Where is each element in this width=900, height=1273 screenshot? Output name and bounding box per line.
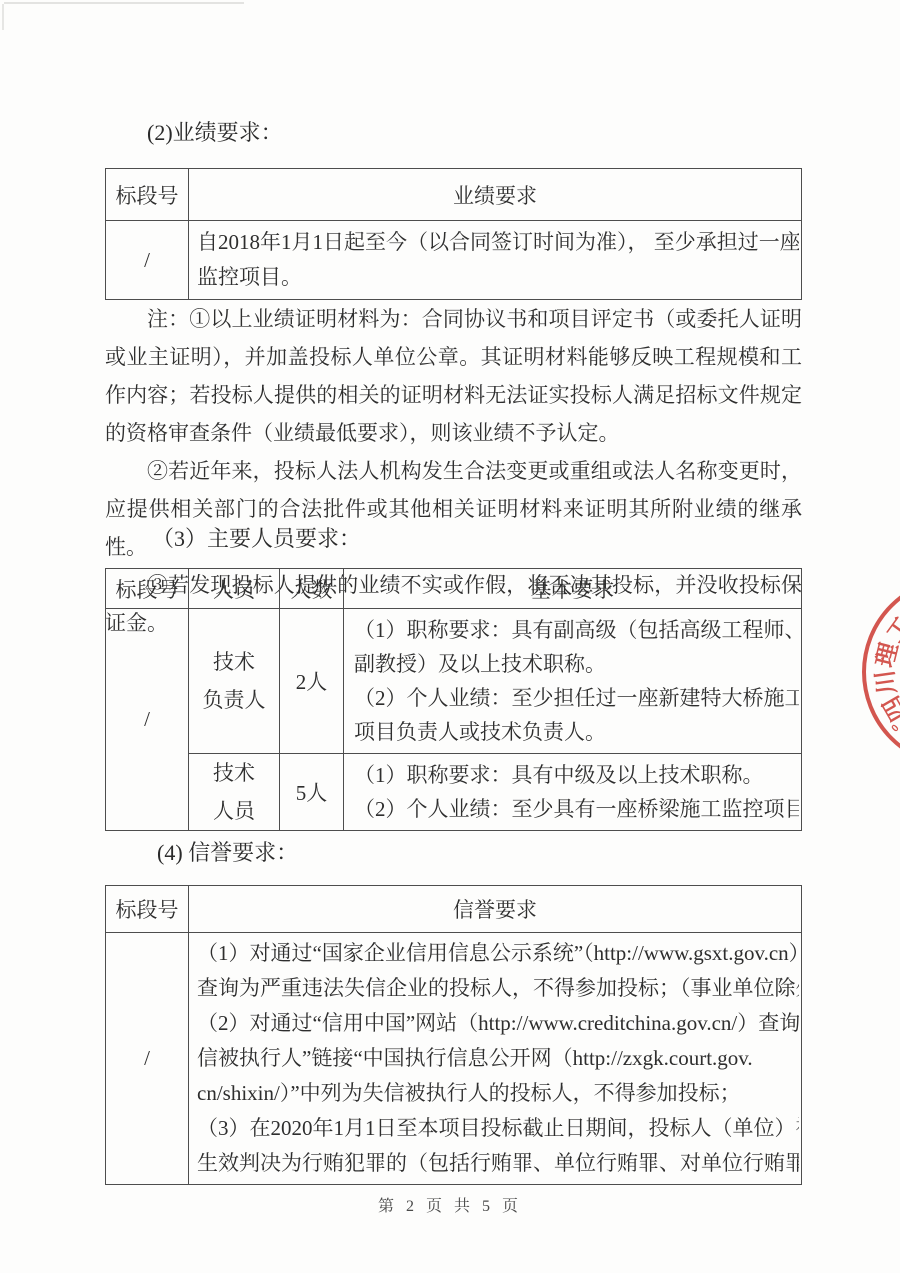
basic-req-line: （2）个人业绩：至少担任过一座新建特大桥施工监控项目 <box>354 681 799 715</box>
reputation-req-line: 查询为严重违法失信企业的投标人，不得参加投标；（事业单位除外） <box>197 971 799 1006</box>
count-cell: 5人 <box>280 754 344 831</box>
seal-digit: 0 <box>888 721 900 738</box>
table-row: / （1）对通过“国家企业信用信息公示系统”（http://www.gsxt.g… <box>106 933 802 1185</box>
scan-artifact <box>4 2 244 4</box>
reputation-req-cell: （1）对通过“国家企业信用信息公示系统”（http://www.gsxt.gov… <box>189 933 801 1184</box>
role-line: 负责人 <box>189 681 279 719</box>
role-line: 技术 <box>189 754 279 792</box>
section-heading-personnel: （3）主要人员要求： <box>152 522 361 553</box>
section-no-cell: / <box>106 609 189 831</box>
reputation-req-line: 生效判决为行贿犯罪的（包括行贿罪、单位行贿罪、对单位行贿罪、介绍贿 <box>197 1146 799 1181</box>
basic-req-cell: （1）职称要求：具有副高级（包括高级工程师、副研究员或 副教授）及以上技术职称。… <box>344 609 802 754</box>
reputation-req-line: （3）在2020年1月1日至本项目投标截止日期间，投标人（单位）被人民法院 <box>197 1111 799 1146</box>
count-cell: 2人 <box>280 609 344 754</box>
section-heading-reputation: (4) 信誉要求： <box>157 836 298 867</box>
reputation-req-line: 信被执行人”链接“中国执行信息公开网（http://zxgk.court.gov… <box>197 1041 799 1076</box>
reputation-req-line: cn/shixin/）”中列为失信被执行人的投标人，不得参加投标； <box>197 1076 799 1111</box>
table-row: 技术 人员 5人 （1）职称要求：具有中级及以上技术职称。 （2）个人业绩：至少… <box>106 754 802 831</box>
role-cell: 技术 人员 <box>189 754 280 831</box>
table-row: / 技术 负责人 2人 （1）职称要求：具有副高级（包括高级工程师、副研究员或 … <box>106 609 802 754</box>
reputation-req-line: （1）对通过“国家企业信用信息公示系统”（http://www.gsxt.gov… <box>197 936 799 971</box>
key-personnel-table: 标段号 人员 人数 基本要求 / 技术 负责人 2人 （1）职称要求：具有副高级… <box>105 568 802 831</box>
seal-character: 理 <box>871 638 900 672</box>
column-header-section-no: 标段号 <box>106 169 189 221</box>
role-cell: 技术 负责人 <box>189 609 280 754</box>
seal-digit: 1 <box>897 730 900 747</box>
column-header-performance-req: 业绩要求 <box>189 169 802 221</box>
column-header-reputation-req: 信誉要求 <box>189 886 802 933</box>
performance-req-line: 监控项目。 <box>197 260 799 295</box>
basic-req-line: （2）个人业绩：至少具有一座桥梁施工监控项目业绩。 <box>354 792 799 826</box>
column-header-basic-req: 基本要求 <box>344 569 802 609</box>
basic-req-line: 副教授）及以上技术职称。 <box>354 647 799 681</box>
basic-req-cell: （1）职称要求：具有中级及以上技术职称。 （2）个人业绩：至少具有一座桥梁施工监… <box>344 754 802 831</box>
seal-character: 川 <box>871 666 900 698</box>
section-no-cell: / <box>106 933 189 1185</box>
column-header-section-no: 标段号 <box>106 569 189 609</box>
seal-character: 工 <box>880 610 900 649</box>
table-row: / 自2018年1月1日起至今（以合同签订时间为准）， 至少承担过一座桥梁施工 … <box>106 221 802 300</box>
seal-character: 四 <box>877 689 900 727</box>
column-header-role: 人员 <box>189 569 280 609</box>
role-line: 技术 <box>189 643 279 681</box>
performance-req-cell: 自2018年1月1日起至今（以合同签订时间为准）， 至少承担过一座桥梁施工 监控… <box>189 221 801 299</box>
section-heading-performance: (2)业绩要求： <box>147 116 283 147</box>
company-seal-stamp: 路 公 工 理 川 四 5 1 0 <box>848 562 900 782</box>
section-no-cell: / <box>106 221 189 300</box>
column-header-count: 人数 <box>280 569 344 609</box>
column-header-section-no: 标段号 <box>106 886 189 933</box>
note-paragraph: 注：①以上业绩证明材料为：合同协议书和项目评定书（或委托人证明或业主证明），并加… <box>105 300 802 452</box>
basic-req-line: 项目负责人或技术负责人。 <box>354 715 799 749</box>
reputation-requirements-table: 标段号 信誉要求 / （1）对通过“国家企业信用信息公示系统”（http://w… <box>105 885 802 1185</box>
basic-req-line: （1）职称要求：具有中级及以上技术职称。 <box>354 758 799 792</box>
reputation-req-line: （2）对通过“信用中国”网站（http://www.creditchina.go… <box>197 1006 799 1041</box>
document-page: (2)业绩要求： 标段号 业绩要求 / 自2018年1月1日起至今（以合同签订时… <box>0 0 900 1273</box>
basic-req-line: （1）职称要求：具有副高级（包括高级工程师、副研究员或 <box>354 613 799 647</box>
page-number-footer: 第 2 页 共 5 页 <box>0 1193 900 1216</box>
performance-requirements-table: 标段号 业绩要求 / 自2018年1月1日起至今（以合同签订时间为准）， 至少承… <box>105 168 802 300</box>
scan-artifact <box>2 4 4 30</box>
seal-ring <box>862 576 900 768</box>
performance-req-line: 自2018年1月1日起至今（以合同签订时间为准）， 至少承担过一座桥梁施工 <box>197 225 799 260</box>
role-line: 人员 <box>189 792 279 830</box>
